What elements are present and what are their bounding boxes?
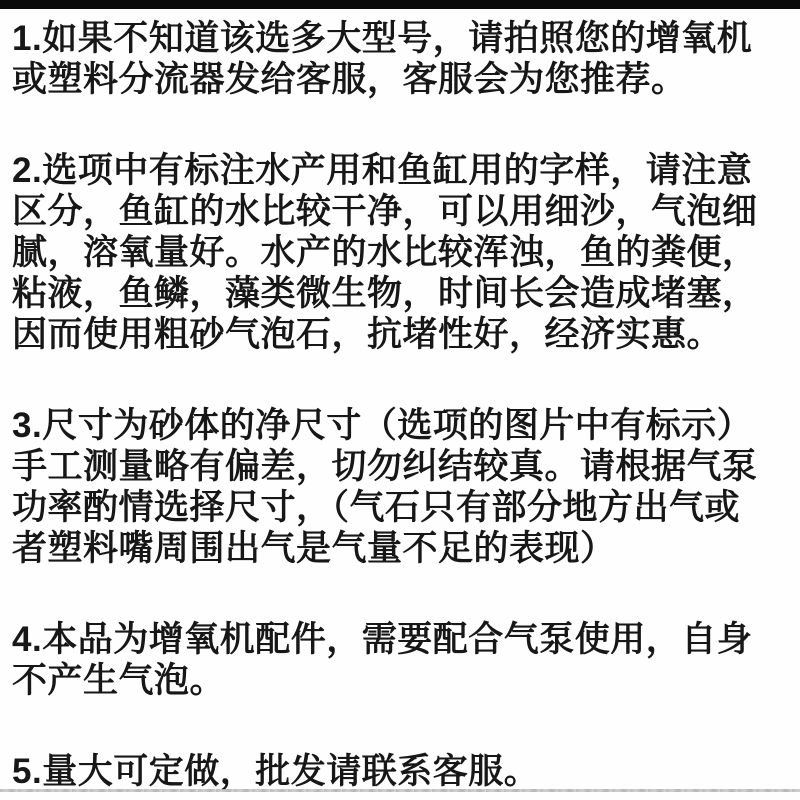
notice-paragraph-5: 5.量大可定做，批发请联系客服。 [12,751,794,792]
top-black-bar [0,0,800,9]
notice-paragraph-2: 2.选项中有标注水产用和鱼缸用的字样，请注意 区分，鱼缸的水比较干净，可以用细沙… [12,150,794,355]
notice-paragraph-1: 1.如果不知道该选多大型号，请拍照您的增氧机 或塑料分流器发给客服，客服会为您推… [12,18,794,100]
notice-paragraph-3: 3.尺寸为砂体的净尺寸（选项的图片中有标示） 手工测量略有偏差，切勿纠结较真。请… [12,405,794,569]
product-notice-text: 1.如果不知道该选多大型号，请拍照您的增氧机 或塑料分流器发给客服，客服会为您推… [12,18,794,792]
notice-paragraph-4: 4.本品为增氧机配件，需要配合气泵使用，自身 不产生气泡。 [12,619,794,701]
bottom-divider-line [0,789,800,792]
